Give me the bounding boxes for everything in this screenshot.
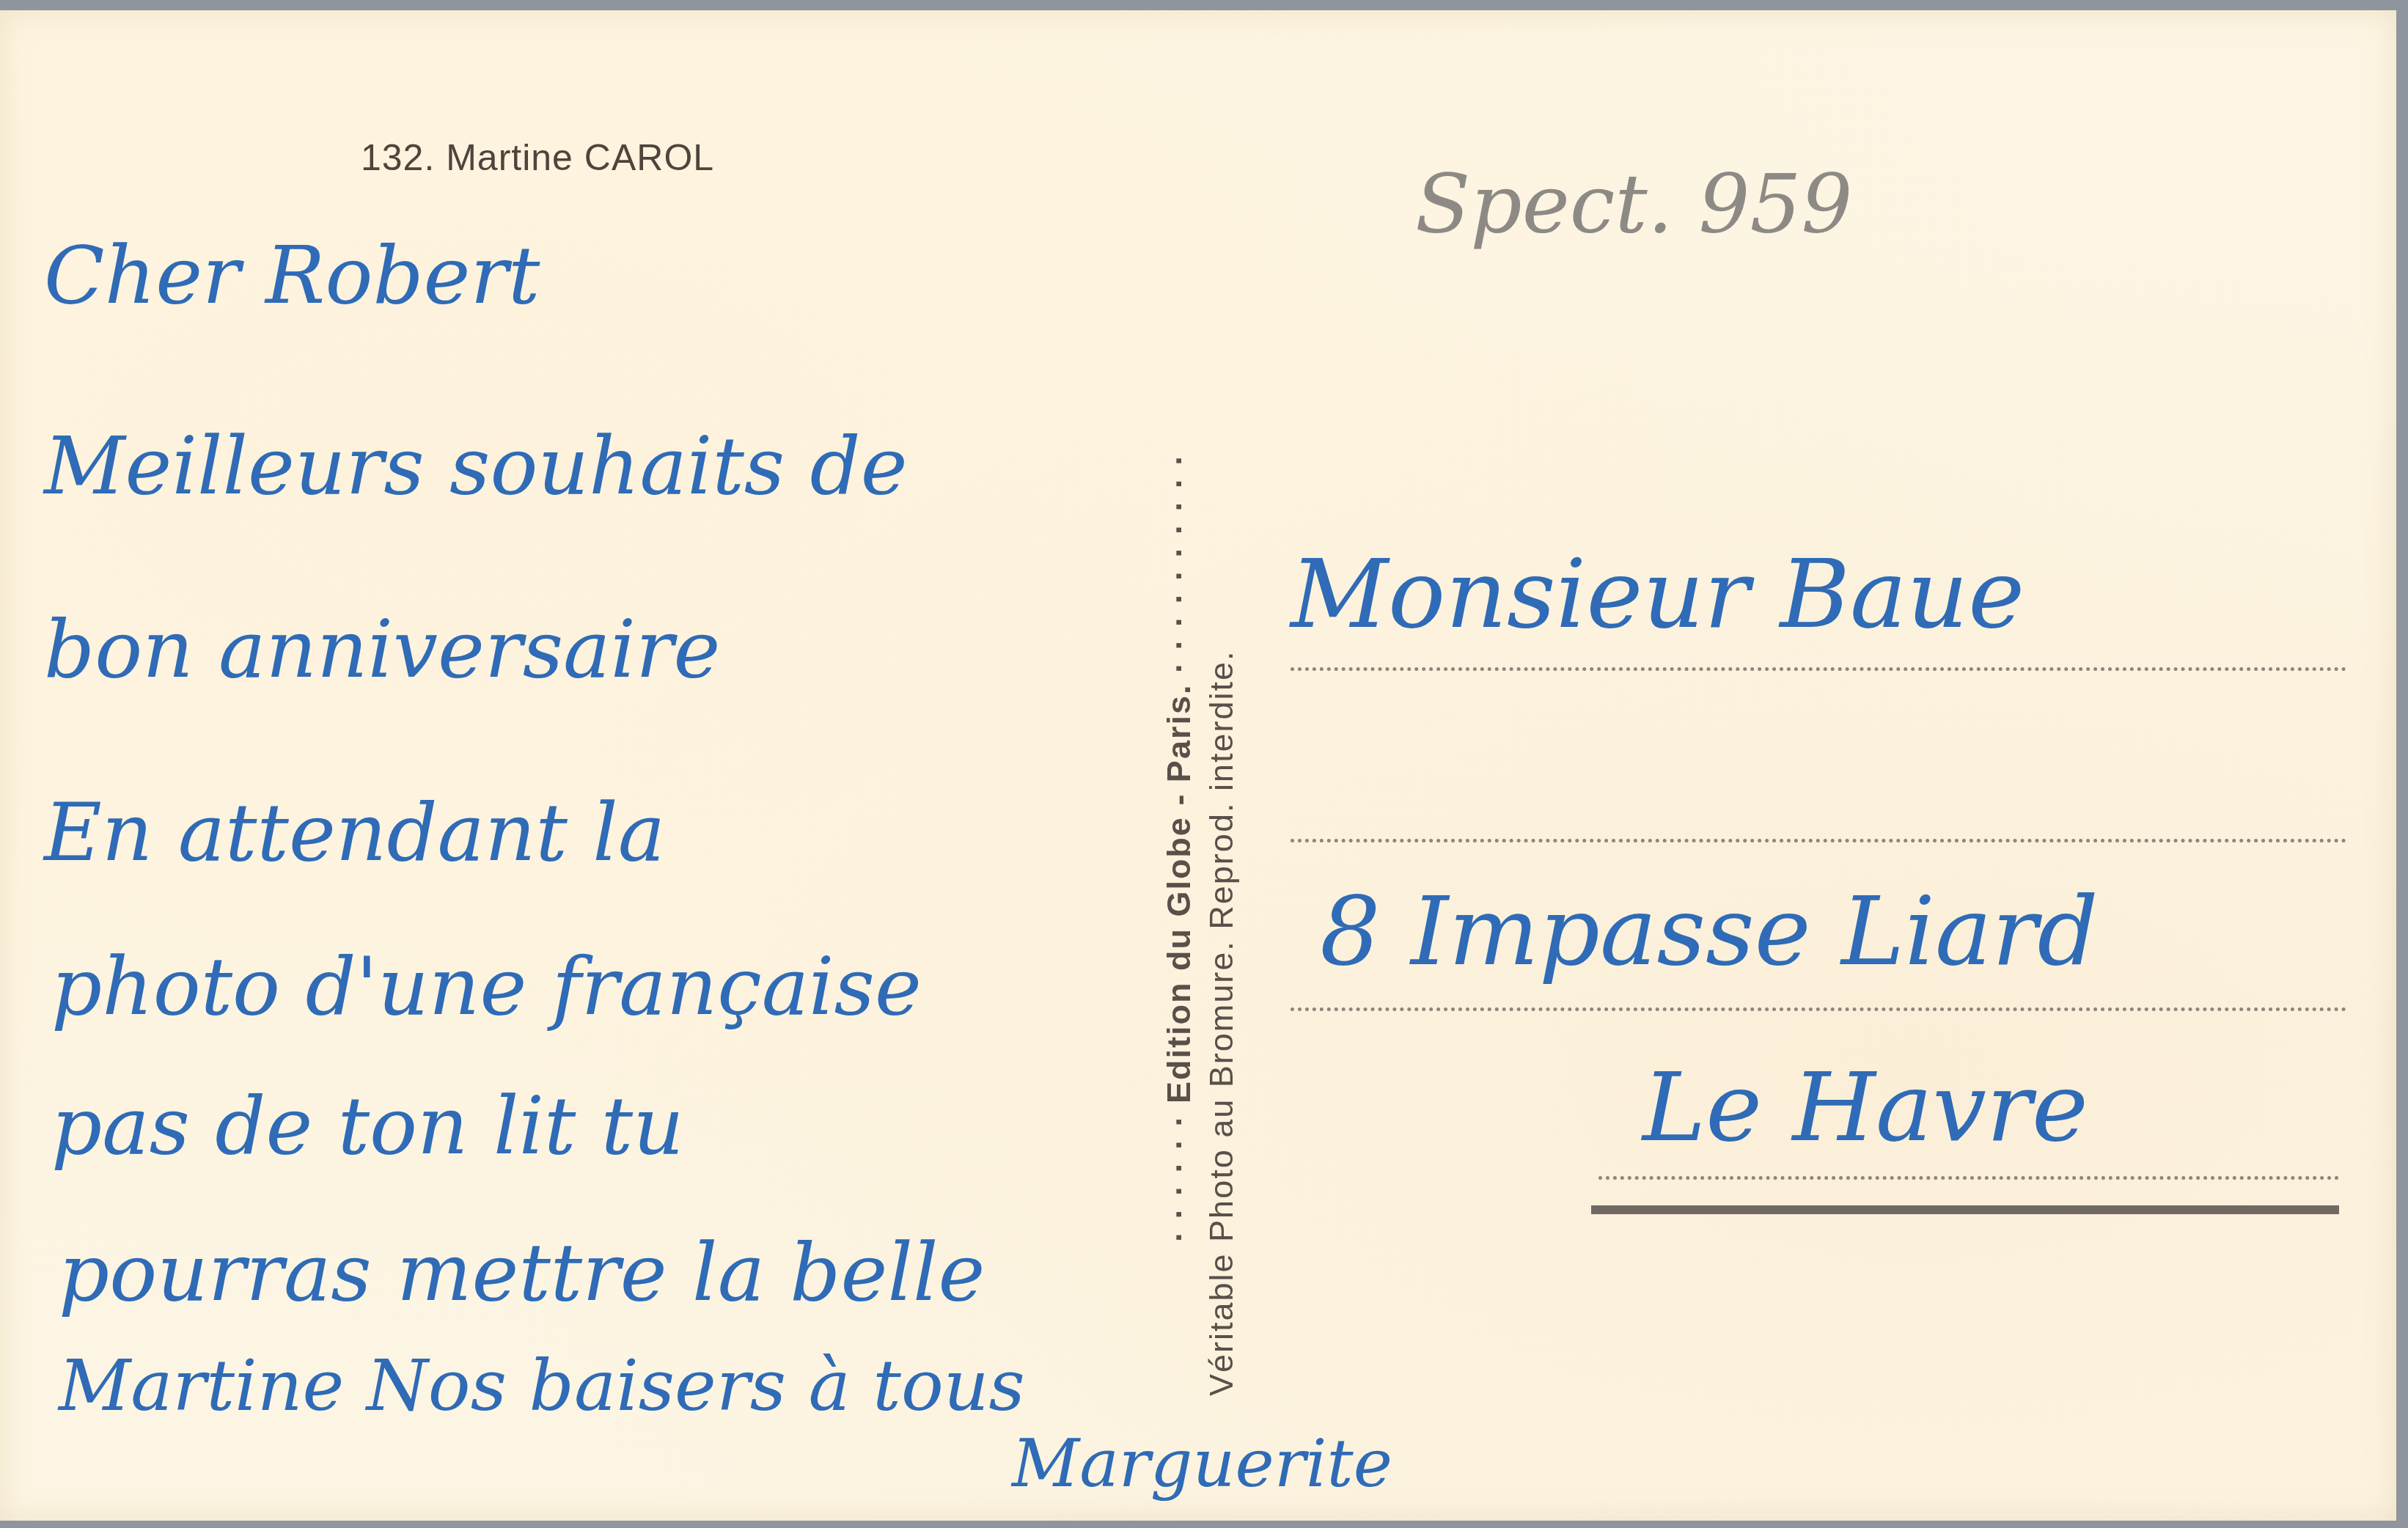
signature: Marguerite — [1012, 1425, 1392, 1502]
message-line: pourras mettre la belle — [59, 1227, 985, 1319]
address-rule — [1291, 839, 2346, 842]
address-line-city: Le Havre — [1642, 1051, 2088, 1163]
postcard-back: 132. Martine CAROL Spect. 959 · · · · · … — [0, 10, 2396, 1521]
message-line: En attendant la — [44, 787, 665, 879]
message-line: photo d'une française — [51, 941, 922, 1033]
publisher-imprint: · · · · · · Edition du Globe - Paris. · … — [1160, 289, 1248, 1396]
address-underline — [1591, 1205, 2339, 1214]
message-line: pas de ton lit tu — [51, 1081, 684, 1172]
address-line-street: 8 Impasse Liard — [1320, 875, 2099, 987]
rights-line: Véritable Photo au Bromure. Reprod. inte… — [1203, 650, 1241, 1396]
publisher-line: · · · · · · Edition du Globe - Paris. · … — [1160, 453, 1198, 1242]
message-line: Cher Robert — [44, 230, 540, 322]
address-rule — [1291, 1007, 2346, 1011]
address-line-recipient: Monsieur Baue — [1291, 538, 2025, 650]
address-rule — [1291, 667, 2346, 671]
photo-caption: 132. Martine CAROL — [361, 136, 714, 179]
pencil-annotation: Spect. 959 — [1415, 157, 1853, 251]
address-rule — [1598, 1176, 2339, 1180]
message-line: Martine Nos baisers à tous — [59, 1345, 1025, 1427]
message-line: Meilleurs souhaits de — [44, 421, 908, 513]
message-line: bon anniversaire — [44, 604, 721, 696]
